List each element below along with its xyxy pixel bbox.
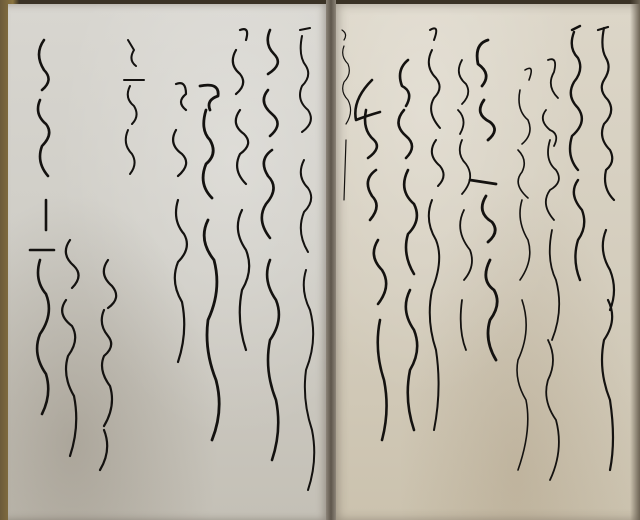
- column-r10: [342, 30, 351, 200]
- column-l3: [233, 29, 249, 350]
- left-page-columns: [30, 28, 314, 490]
- column-r1: [598, 27, 614, 470]
- column-l8: [62, 240, 78, 456]
- column-l2: [262, 30, 279, 460]
- calligraphy-ink: [0, 0, 640, 520]
- column-r4: [517, 68, 531, 470]
- column-r3: [543, 59, 559, 480]
- manuscript-photo: Photograph of an open handwritten Japane…: [0, 0, 640, 520]
- column-l5: [173, 83, 187, 362]
- column-l6: [124, 40, 144, 174]
- column-l4: [200, 85, 219, 440]
- column-l1: [300, 28, 314, 490]
- right-page-columns: [342, 26, 614, 480]
- column-l9: [30, 40, 54, 414]
- column-r8: [398, 60, 417, 430]
- column-r7: [429, 28, 444, 430]
- column-l7: [100, 260, 116, 470]
- column-r5: [470, 40, 497, 360]
- column-r6: [458, 60, 472, 350]
- column-r2: [570, 26, 584, 280]
- column-r9: [355, 80, 386, 440]
